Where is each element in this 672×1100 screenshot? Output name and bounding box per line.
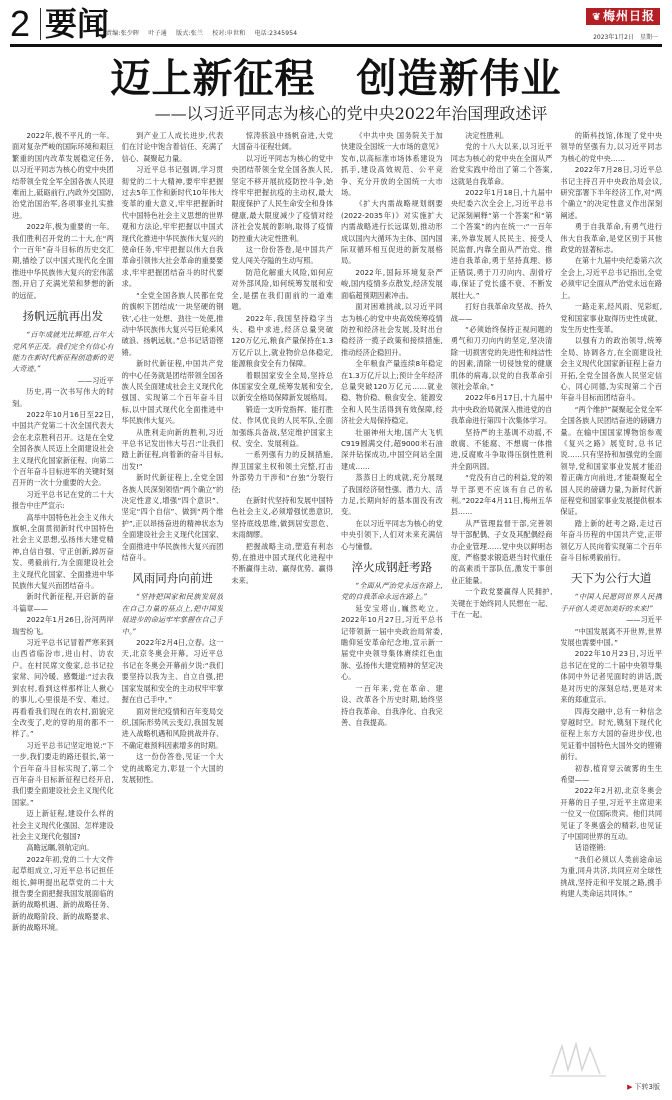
paragraph: 一个政党要赢得人民拥护,关键在于始终同人民想在一起、干在一起。 <box>451 586 553 620</box>
column-4: 《中共中央 国务院关于加快建设全国统一大市场的意见》发布,以高标准市场体系建设为… <box>341 130 443 1095</box>
paragraph: 历史,再一次书写伟大的时刻。 <box>12 386 114 409</box>
quote-attribution: ——习近平 <box>12 375 114 386</box>
paragraph: 锻造一支听党指挥、能打胜仗、作风优良的人民军队,全面加强练兵备战,坚定维护国家主… <box>231 404 333 450</box>
paragraph: 到产业工人成长进步,代表们在讨论中饱含着信任、充满了信心、凝聚起力量。 <box>122 130 224 164</box>
paragraph: 面对世纪疫情和百年变局交织,国际形势风云变幻,我国发展进入战略机遇和风险挑战并存… <box>122 706 224 752</box>
pull-quote: “百年成就光比辉煌,百年大党风华正茂。我们完全有信心有能力在新时代新征程创造新的… <box>12 329 114 375</box>
masthead-divider <box>40 8 41 40</box>
paragraph: “必须始终保持正视问题的勇气和刀刃向内的坚定,坚决清除一切损害党的先进性和纯洁性… <box>451 324 553 392</box>
paragraph: 打好自我革命攻坚战、持久战—— <box>451 301 553 324</box>
column-5: 决定性胜利。 党的十八大以来,以习近平同志为核心的党中央在全面从严治党实践中给出… <box>451 130 553 1095</box>
article-body: 2022年,极不平凡的一年。面对复杂严峻的国际环境和艰巨繁重的国内改革发展稳定任… <box>12 130 662 1095</box>
section-subhead: 风雨同舟向前进 <box>122 569 224 587</box>
paragraph: 话语铿锵: <box>560 842 662 853</box>
paragraph: 在第十九届中央纪委第六次全会上,习近平总书记指出,全党必须牢记全面从严治党永远在… <box>560 255 662 301</box>
paragraph: 从胜利走向新的胜利,习近平总书记发出伟大号召:“让我们踏上新征程,向着新的奋斗目… <box>122 427 224 473</box>
credit-editor-2: 叶子通 <box>148 30 167 37</box>
newspaper-logo: ❦梅州日报 <box>586 8 660 25</box>
paragraph: 2022年2月4日,立春。这一天,北京冬奥会开幕。习近平总书记在冬奥会开幕前夕说… <box>122 637 224 705</box>
paragraph: 勇于自我革命,有勇气进行伟大自我革命,是党区别于其他政党的显著标志。 <box>560 221 662 255</box>
pull-quote: “中国人民愿同世界人民携手开创人类更加美好的未来!” <box>560 591 662 614</box>
paragraph: 2022年,国际环境复杂严峻,国内疫情多点散发,经济发展面临超预期因素冲击。 <box>341 267 443 301</box>
paragraph: 高瞻远瞩,领航定向。 <box>12 842 114 853</box>
masthead-rule <box>10 44 662 47</box>
section-subhead: 扬帆远航再出发 <box>12 307 114 325</box>
paragraph: 党的十八大以来,以习近平同志为核心的党中央在全面从严治党实践中给出了第二个答案,… <box>451 141 553 187</box>
paragraph: 习近平总书记坚定地说:“下一步,我们要走的路还很长,第一个百年奋斗目标实现了,第… <box>12 740 114 808</box>
paragraph: 防范化解重大风险,如何应对外部风险,如何统筹发展和安全,是摆在我们面前的一道难题… <box>231 267 333 313</box>
paragraph: 2022年1月26日,汾河两岸瑞雪纷飞。 <box>12 614 114 637</box>
page-number: 2 <box>10 6 30 42</box>
paragraph: 坚持严的主基调不动摇,不敢腐、不能腐、不想腐一体推进,反腐败斗争取得压倒性胜利并… <box>451 427 553 473</box>
paragraph: “我们必须以人类前途命运为重,同舟共济,共同应对全球性挑战,坚持走和平发展之路,… <box>560 854 662 900</box>
paragraph: 2022年,极不平凡的一年。面对复杂严峻的国际环境和艰巨繁重的国内改革发展稳定任… <box>12 130 114 221</box>
paragraph: 2022年10月16日至22日,中国共产党第二十次全国代表大会在北京胜利召开。这… <box>12 409 114 489</box>
paragraph: 全年粮食产量连续8年稳定在1.3万亿斤以上;预计全年经济总量突破120万亿元……… <box>341 358 443 426</box>
watermark-logo-icon <box>548 1040 608 1078</box>
column-1: 2022年,极不平凡的一年。面对复杂严峻的国际环境和艰巨繁重的国内改革发展稳定任… <box>12 130 114 1095</box>
paragraph: 习近平总书记冒着严寒来到山西省临汾市,进山村、访农户。在村民席文俊家,总书记拉家… <box>12 637 114 740</box>
arrow-right-icon: ▶ <box>627 1083 632 1091</box>
article-subheadline: ——以习近平同志为核心的党中央2022年治国理政述评 <box>0 104 672 124</box>
paragraph: 从严管理监督干部,完善领导干部配偶、子女及其配偶经商办企业管理……党中央以鲜明态… <box>451 518 553 586</box>
paragraph: 《扩大内需战略规划纲要(2022-2035年)》对实施扩大内需战略进行长远谋划,… <box>341 198 443 266</box>
editorial-credits: 责编:张少晖 叶子通 版式:张兰 校对:申世和 电话:2345954 <box>106 28 304 37</box>
paragraph: 2022年7月28日,习近平总书记主持召开中央政治局会议,研究部署下半年经济工作… <box>560 164 662 221</box>
paragraph: 面对困难挑战,以习近平同志为核心的党中央高效统筹疫情防控和经济社会发展,及时出台… <box>341 301 443 358</box>
paragraph: 以强有力的政治领导,统筹全局、协调各方,在全面建设社会主义现代化国家新征程上奋力… <box>560 335 662 403</box>
paragraph: 2022年,极为重要的一年。我们胜利召开党的二十大,在“两个一百年”奋斗目标的历… <box>12 221 114 301</box>
paragraph: 这一份份答卷,见证一个大党的战略定力,彰显一个大国的发展韧性。 <box>122 751 224 785</box>
credit-layout: 版式:张兰 <box>176 30 203 37</box>
paragraph: 一路走来,经风雨、见彩虹,党和国家事业取得历史性成就、发生历史性变革。 <box>560 301 662 335</box>
paragraph: 决定性胜利。 <box>451 130 553 141</box>
paragraph: 新时代新征程,中国共产党的中心任务就是团结带领全国各族人民全面建成社会主义现代化… <box>122 358 224 426</box>
paragraph: 《中共中央 国务院关于加快建设全国统一大市场的意见》发布,以高标准市场体系建设为… <box>341 130 443 198</box>
paragraph: 2022年2月初,北京冬奥会开幕的日子里,习近平主席迎来一位又一位国际贵宾。他们… <box>560 785 662 842</box>
paragraph: 着眼国家安全全局,坚持总体国家安全观,统筹发展和安全,以新安全格局保障新发展格局… <box>231 370 333 404</box>
paragraph: 踏上新的赶考之路,走过百年奋斗历程的中国共产党,正带领亿万人民向着实现第二个百年… <box>560 518 662 564</box>
paragraph: 新时代新征程,开启新的奋斗篇章—— <box>12 591 114 614</box>
column-2: 到产业工人成长进步,代表们在讨论中饱含着信任、充满了信心、凝聚起力量。 习近平总… <box>122 130 224 1095</box>
paragraph: 习近平总书记强调,学习贯彻党的二十大精神,要牢牢把握过去5年工作和新时代10年伟… <box>122 164 224 289</box>
paragraph: “两个维护”凝聚起全党全军全国各族人民团结奋进的磅礴力量。在输中国国家博物馆参观… <box>560 404 662 518</box>
book-emblem-icon: ❦ <box>591 9 603 26</box>
paragraph: 的斯科技馆,体现了党中央领导的坚强有力,以习近平同志为核心的党中央…… <box>560 130 662 164</box>
quote-attribution: ——习近平 <box>560 614 662 625</box>
column-6: 的斯科技馆,体现了党中央领导的坚强有力,以习近平同志为核心的党中央…… 2022… <box>560 130 662 1095</box>
paragraph: 2022年,我国坚持稳字当头、稳中求进,经济总量突破120万亿元,粮食产量保持在… <box>231 313 333 370</box>
article-headline: 迈上新征程 创造新伟业 <box>0 56 672 102</box>
pull-quote: “坚持把国家和民族发展放在自己力量的基点上,把中国发展进步的命运牢牢掌握在自己手… <box>122 591 224 637</box>
paragraph: 2022年1月18日,十九届中央纪委六次全会上,习近平总书记深刻阐释“第一个答案… <box>451 187 553 301</box>
paragraph: 壮丽神州大地,国产大飞机C919圆满交付,超9000米石油深井钻探成功,中国空间… <box>341 427 443 473</box>
paragraph: 在以习近平同志为核心的党中央引领下,人们对未来充满信心与憧憬。 <box>341 518 443 552</box>
paragraph: 2022年10月23日,习近平总书记在党的二十届中央领导集体同中外记者见面时的讲… <box>560 648 662 705</box>
paragraph: 新时代新征程上,全党全国各族人民深刻领悟“两个确立”的决定性意义,增强“四个意识… <box>122 472 224 563</box>
paragraph: 高举中国特色社会主义伟大旗帜,全面贯彻新时代中国特色社会主义思想,弘扬伟大建党精… <box>12 512 114 592</box>
paragraph: 蒸蒸日上的成就,充分展现了我国经济韧性强、潜力大、活力足,长期向好的基本面没有改… <box>341 472 443 518</box>
paragraph: “党没有自己的利益,党的领导干部更不应该有自己的私利。”2022年4月11日,梅… <box>451 472 553 518</box>
page-masthead: 2 要闻 责编:张少晖 叶子通 版式:张兰 校对:申世和 电话:2345954 … <box>0 0 672 46</box>
paragraph: 四海交融中,总有一种信念穿越时空。时光,镌刻下现代化征程上东方大国的奋进步伐,也… <box>560 706 662 763</box>
paragraph: 2022年初,党的二十大文件起草组成立,习近平总书记担任组长,鲜明提出起草党的二… <box>12 854 114 934</box>
weekday-text: 星期一 <box>640 34 658 41</box>
paragraph: 一百年来,党在革命、建设、改革各个历史时期,始终坚持自我革命、自我净化、自我完善… <box>341 683 443 729</box>
paragraph: 一系列强有力的反制措施,捍卫国家主权和领土完整,打击外部势力干涉和“台独”分裂行… <box>231 449 333 495</box>
date-text: 2023年1月2日 <box>593 34 634 41</box>
credit-proofreader: 校对:申世和 <box>212 30 245 37</box>
section-subhead: 天下为公行大道 <box>560 569 662 587</box>
credit-editor: 责编:张少晖 <box>106 30 139 37</box>
section-title: 要闻 <box>45 7 109 41</box>
paragraph: 2022年6月17日,十九届中共中央政治局就深入推进党的自我革命进行第四十次集体… <box>451 392 553 426</box>
paragraph: 以习近平同志为核心的党中央团结带领全党全国各族人民,坚定不移开展抗疫防控斗争,始… <box>231 153 333 244</box>
pull-quote: “全面从严治党永远在路上,党的自我革命永远在路上。” <box>341 580 443 603</box>
newspaper-name: 梅州日报 <box>603 9 655 23</box>
paragraph: “全党全国各族人民都在党的旗帜下团结成‘一块坚硬的钢铁’,心往一处想、劲往一处使… <box>122 290 224 358</box>
issue-date: 2023年1月2日星期一 <box>587 32 658 41</box>
paragraph: 迈上新征程,建设什么样的社会主义现代化强国、怎样建设社会主义现代化强国? <box>12 808 114 842</box>
paragraph: 初春,植育穿云破雾的生生希望—— <box>560 763 662 786</box>
paragraph: 这一份份答卷,是中国共产党人闯关夺隘的生动写照。 <box>231 244 333 267</box>
paragraph: 惊涛骇浪中扬帆奋进,大党大国奋斗征程壮阔。 <box>231 130 333 153</box>
paragraph: 习近平总书记在党的二十大报告中庄严宣示: <box>12 489 114 512</box>
continued-on-page: ▶下转3版 <box>627 1082 660 1092</box>
paragraph: 延安宝塔山,巍然屹立。2022年10月27日,习近平总书记带领新一届中央政治局常… <box>341 603 443 683</box>
paragraph: “中国发展离不开世界,世界发展也需要中国。” <box>560 626 662 649</box>
paragraph: 在新时代坚持和发展中国特色社会主义,必须增强忧患意识,坚持底线思维,做到居安思危… <box>231 495 333 541</box>
credit-phone: 电话:2345954 <box>255 30 298 37</box>
section-subhead: 淬火成钢赶考路 <box>341 558 443 576</box>
column-3: 惊涛骇浪中扬帆奋进,大党大国奋斗征程壮阔。 以习近平同志为核心的党中央团结带领全… <box>231 130 333 1095</box>
continued-label: 下转3版 <box>635 1083 660 1091</box>
paragraph: 把握战略主动,塑造有利态势,在推进中国式现代化进程中不断赢得主动、赢得优势、赢得… <box>231 541 333 587</box>
